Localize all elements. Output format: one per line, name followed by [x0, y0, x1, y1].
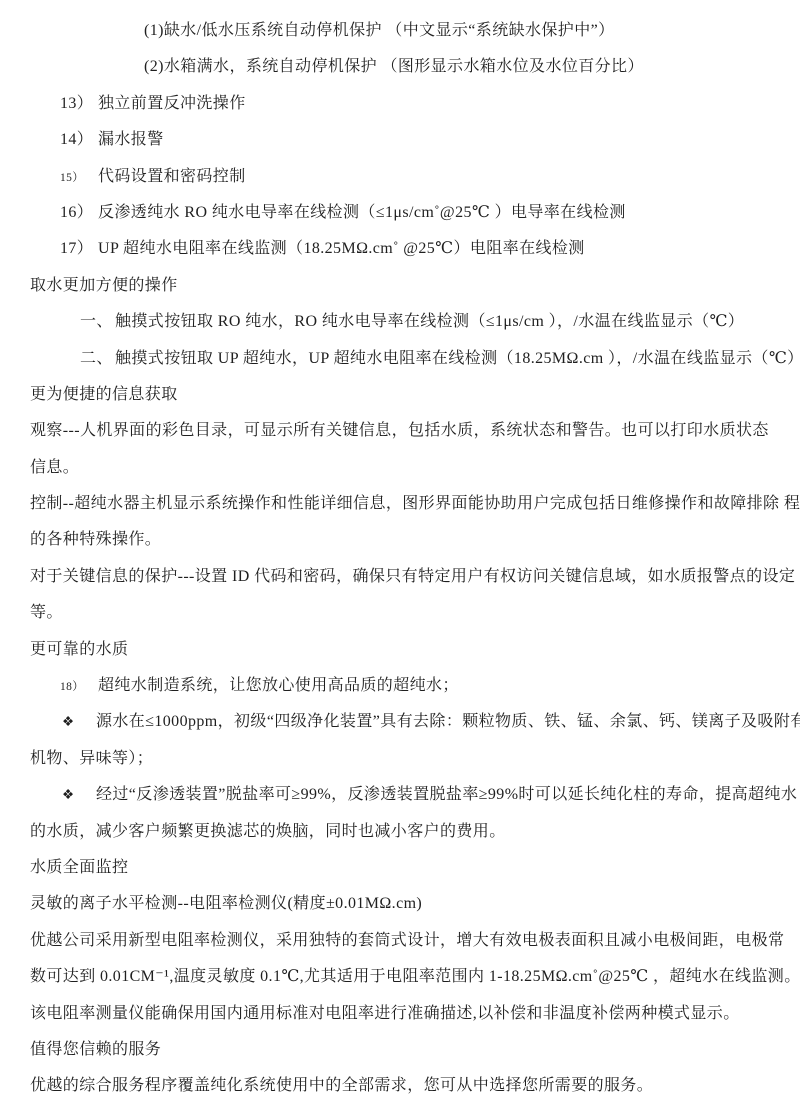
list-item: 14）漏水报警 — [30, 122, 770, 158]
paragraph-line: 观察---人机界面的彩色目录，可显示所有关键信息，包括水质，系统状态和警告。也可… — [30, 413, 770, 449]
paragraph-line: 灵敏的离子水平检测--电阻率检测仪(精度±0.01MΩ.cm) — [30, 886, 770, 922]
paragraph-line: 的各种特殊操作。 — [30, 522, 770, 558]
list-number: 13） — [60, 86, 98, 122]
diamond-bullet-icon: ❖ — [62, 704, 96, 740]
line-text: 代码设置和密码控制 — [98, 168, 246, 185]
line-text: 超纯水制造系统，让您放心使用高品质的超纯水； — [98, 677, 459, 694]
section-heading: 更可靠的水质 — [30, 632, 770, 668]
paragraph-line: 控制--超纯水器主机显示系统操作和性能详细信息，图形界面能协助用户完成包括日维修… — [30, 486, 770, 522]
list-number: 15） — [60, 160, 98, 196]
line-text: 触摸式按钮取 UP 超纯水，UP 超纯水电阻率在线检测（18.25MΩ.cm ）… — [115, 350, 800, 367]
line-text: (1)缺水/低水压系统自动停机保护 （中文显示“系统缺水保护中”） — [144, 22, 615, 39]
list-item: 15）代码设置和密码控制 — [30, 159, 770, 195]
sub-list-item: (1)缺水/低水压系统自动停机保护 （中文显示“系统缺水保护中”） — [30, 13, 770, 49]
list-item: 13）独立前置反冲洗操作 — [30, 86, 770, 122]
list-number: 18） — [60, 669, 98, 705]
line-text: 水质全面监控 — [30, 859, 128, 876]
line-text: 灵敏的离子水平检测--电阻率检测仪(精度±0.01MΩ.cm) — [30, 895, 422, 912]
line-text: 优越公司采用新型电阻率检测仪，采用独特的套筒式设计，增大有效电极表面积且减小电极… — [30, 932, 784, 949]
paragraph-line: 信息。 — [30, 450, 770, 486]
line-text: 的各种特殊操作。 — [30, 531, 161, 548]
line-text: 更为便捷的信息获取 — [30, 386, 178, 403]
list-item: 18）超纯水制造系统，让您放心使用高品质的超纯水； — [30, 668, 770, 704]
list-number: 16） — [60, 195, 98, 231]
line-text: 漏水报警 — [98, 131, 164, 148]
line-text: 反渗透纯水 RO 纯水电导率在线检测（≤1μs/cm˚@25℃ ）电导率在线检测 — [98, 204, 626, 221]
bullet-item: ❖经过“反渗透装置”脱盐率可≥99%，反渗透装置脱盐率≥99%时可以延长纯化柱的… — [30, 777, 770, 813]
line-text: 取水更加方便的操作 — [30, 277, 178, 294]
list-item: 17）UP 超纯水电阻率在线监测（18.25MΩ.cm˚ @25℃）电阻率在线检… — [30, 231, 770, 267]
document-page: (1)缺水/低水压系统自动停机保护 （中文显示“系统缺水保护中”） (2)水箱满… — [0, 0, 800, 1104]
line-text: 经过“反渗透装置”脱盐率可≥99%，反渗透装置脱盐率≥99%时可以延长纯化柱的寿… — [96, 786, 797, 803]
line-text: UP 超纯水电阻率在线监测（18.25MΩ.cm˚ @25℃）电阻率在线检测 — [98, 240, 585, 257]
line-text: (2)水箱满水，系统自动停机保护 （图形显示水箱水位及水位百分比） — [144, 58, 644, 75]
paragraph-line: 优越公司采用新型电阻率检测仪，采用独特的套筒式设计，增大有效电极表面积且减小电极… — [30, 923, 770, 959]
paragraph-line: 数可达到 0.01CM⁻¹,温度灵敏度 0.1℃,尤其适用于电阻率范围内 1-1… — [30, 959, 770, 995]
section-heading: 值得您信赖的服务 — [30, 1032, 770, 1068]
line-text: 值得您信赖的服务 — [30, 1041, 161, 1058]
line-text: 数可达到 0.01CM⁻¹,温度灵敏度 0.1℃,尤其适用于电阻率范围内 1-1… — [30, 968, 800, 985]
line-text: 优越的综合服务程序覆盖纯化系统使用中的全部需求，您可从中选择您所需要的服务。 — [30, 1077, 653, 1094]
line-text: 该电阻率测量仪能确保用国内通用标准对电阻率进行准确描述,以补偿和非温度补偿两种模… — [30, 1005, 740, 1022]
list-item: 16）反渗透纯水 RO 纯水电导率在线检测（≤1μs/cm˚@25℃ ）电导率在… — [30, 195, 770, 231]
line-text: 观察---人机界面的彩色目录，可显示所有关键信息，包括水质，系统状态和警告。也可… — [30, 422, 769, 439]
list-item: 二、触摸式按钮取 UP 超纯水，UP 超纯水电阻率在线检测（18.25MΩ.cm… — [30, 341, 770, 377]
line-text: 的水质，减少客户频繁更换滤芯的焕脑，同时也减小客户的费用。 — [30, 823, 506, 840]
list-item: 一、触摸式按钮取 RO 纯水，RO 纯水电导率在线检测（≤1μs/cm ），/水… — [30, 304, 770, 340]
line-text: 等。 — [30, 604, 63, 621]
paragraph-line: 优越的综合服务程序覆盖纯化系统使用中的全部需求，您可从中选择您所需要的服务。 — [30, 1068, 770, 1104]
line-text: 独立前置反冲洗操作 — [98, 95, 246, 112]
line-text: 源水在≤1000ppm，初级“四级净化装置”具有去除：颗粒物质、铁、锰、余氯、钙… — [96, 713, 800, 730]
paragraph-line: 对于关键信息的保护---设置 ID 代码和密码，确保只有特定用户有权访问关键信息… — [30, 559, 770, 595]
paragraph-line: 等。 — [30, 595, 770, 631]
list-number: 一、 — [80, 304, 115, 340]
line-text: 机物、异味等）； — [30, 750, 153, 767]
paragraph-line: 的水质，减少客户频繁更换滤芯的焕脑，同时也减小客户的费用。 — [30, 814, 770, 850]
line-text: 信息。 — [30, 459, 79, 476]
list-number: 二、 — [80, 341, 115, 377]
line-text: 触摸式按钮取 RO 纯水，RO 纯水电导率在线检测（≤1μs/cm ），/水温在… — [115, 313, 744, 330]
section-heading: 取水更加方便的操作 — [30, 268, 770, 304]
diamond-bullet-icon: ❖ — [62, 777, 96, 813]
section-heading: 水质全面监控 — [30, 850, 770, 886]
bullet-item: ❖源水在≤1000ppm，初级“四级净化装置”具有去除：颗粒物质、铁、锰、余氯、… — [30, 704, 770, 740]
line-text: 控制--超纯水器主机显示系统操作和性能详细信息，图形界面能协助用户完成包括日维修… — [30, 495, 800, 512]
list-number: 17） — [60, 231, 98, 267]
paragraph-line: 机物、异味等）； — [30, 741, 770, 777]
paragraph-line: 该电阻率测量仪能确保用国内通用标准对电阻率进行准确描述,以补偿和非温度补偿两种模… — [30, 996, 770, 1032]
line-text: 对于关键信息的保护---设置 ID 代码和密码，确保只有特定用户有权访问关键信息… — [30, 568, 795, 585]
list-number: 14） — [60, 122, 98, 158]
section-heading: 更为便捷的信息获取 — [30, 377, 770, 413]
line-text: 更可靠的水质 — [30, 641, 128, 658]
sub-list-item: (2)水箱满水，系统自动停机保护 （图形显示水箱水位及水位百分比） — [30, 49, 770, 85]
